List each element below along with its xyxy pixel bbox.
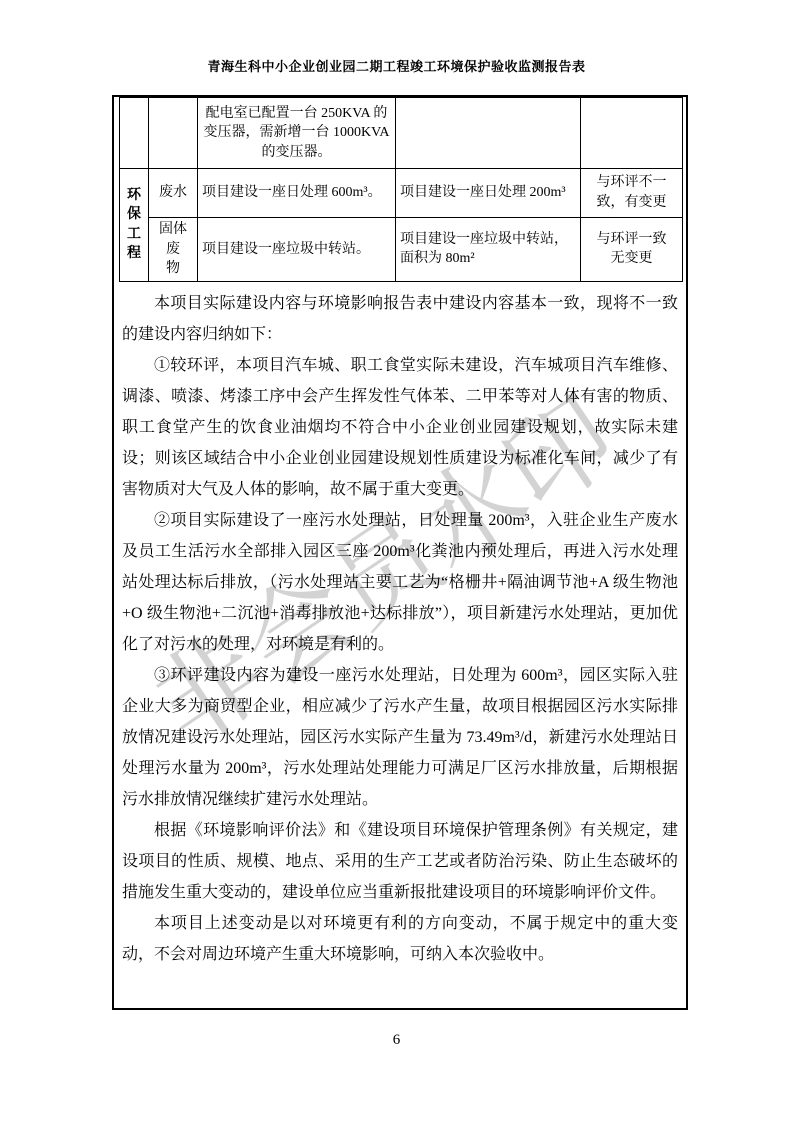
table-row-solid-waste: 固体废 物 项目建设一座垃圾中转站。 项目建设一座垃圾中转站， 面积为 80m²… <box>120 218 683 282</box>
actual-content-cell: 项目建设一座日处理 200m³ <box>396 169 581 218</box>
report-table-frame: 配电室已配置一台 250KVA 的 变压器，需新增一台 1000KVA 的变压器… <box>112 95 688 1010</box>
paragraph-change-3: ③环评建设内容为建设一座污水处理站，日处理为 600m³，园区实际入驻企业大多为… <box>122 660 678 815</box>
ep-project-table: 配电室已配置一台 250KVA 的 变压器，需新增一台 1000KVA 的变压器… <box>119 97 683 282</box>
empty-cell <box>581 98 683 169</box>
empty-cell <box>120 98 149 169</box>
paragraph-summary: 本项目实际建设内容与环境影响报告表中建设内容基本一致，现将不一致的建设内容归纳如… <box>122 288 678 350</box>
empty-cell <box>396 98 581 169</box>
page-title: 青海生科中小企业创业园二期工程竣工环境保护验收监测报告表 <box>0 56 793 75</box>
epia-content-cell: 配电室已配置一台 250KVA 的 变压器，需新增一台 1000KVA 的变压器… <box>198 98 396 169</box>
table-row-wastewater: 环保工程 废水 项目建设一座日处理 600m³。 项目建设一座日处理 200m³… <box>120 169 683 218</box>
category-cell: 废水 <box>149 169 198 218</box>
row-group-label: 环保工程 <box>120 169 149 282</box>
epia-content-cell: 项目建设一座垃圾中转站。 <box>198 218 396 282</box>
paragraph-regulation: 根据《环境影响评价法》和《建设项目环境保护管理条例》有关规定，建设项目的性质、规… <box>122 815 678 908</box>
conclusion-cell: 与环评不一 致，有变更 <box>581 169 683 218</box>
paragraph-change-2: ②项目实际建设了一座污水处理站，日处理量 200m³，入驻企业生产废水及员工生活… <box>122 505 678 660</box>
analysis-text: 本项目实际建设内容与环境影响报告表中建设内容基本一致，现将不一致的建设内容归纳如… <box>122 288 678 970</box>
page-number: 6 <box>0 1032 793 1049</box>
paragraph-conclusion: 本项目上述变动是以对环境更有利的方向变动，不属于规定中的重大变动，不会对周边环境… <box>122 908 678 970</box>
paragraph-change-1: ①较环评，本项目汽车城、职工食堂实际未建设，汽车城项目汽车维修、调漆、喷漆、烤漆… <box>122 350 678 505</box>
empty-cell <box>149 98 198 169</box>
document-page: 青海生科中小企业创业园二期工程竣工环境保护验收监测报告表 非会员水印 配电室已配… <box>0 0 793 1122</box>
epia-content-cell: 项目建设一座日处理 600m³。 <box>198 169 396 218</box>
actual-content-cell: 项目建设一座垃圾中转站， 面积为 80m² <box>396 218 581 282</box>
table-row-carryover: 配电室已配置一台 250KVA 的 变压器，需新增一台 1000KVA 的变压器… <box>120 98 683 169</box>
conclusion-cell: 与环评一致 无变更 <box>581 218 683 282</box>
category-cell: 固体废 物 <box>149 218 198 282</box>
